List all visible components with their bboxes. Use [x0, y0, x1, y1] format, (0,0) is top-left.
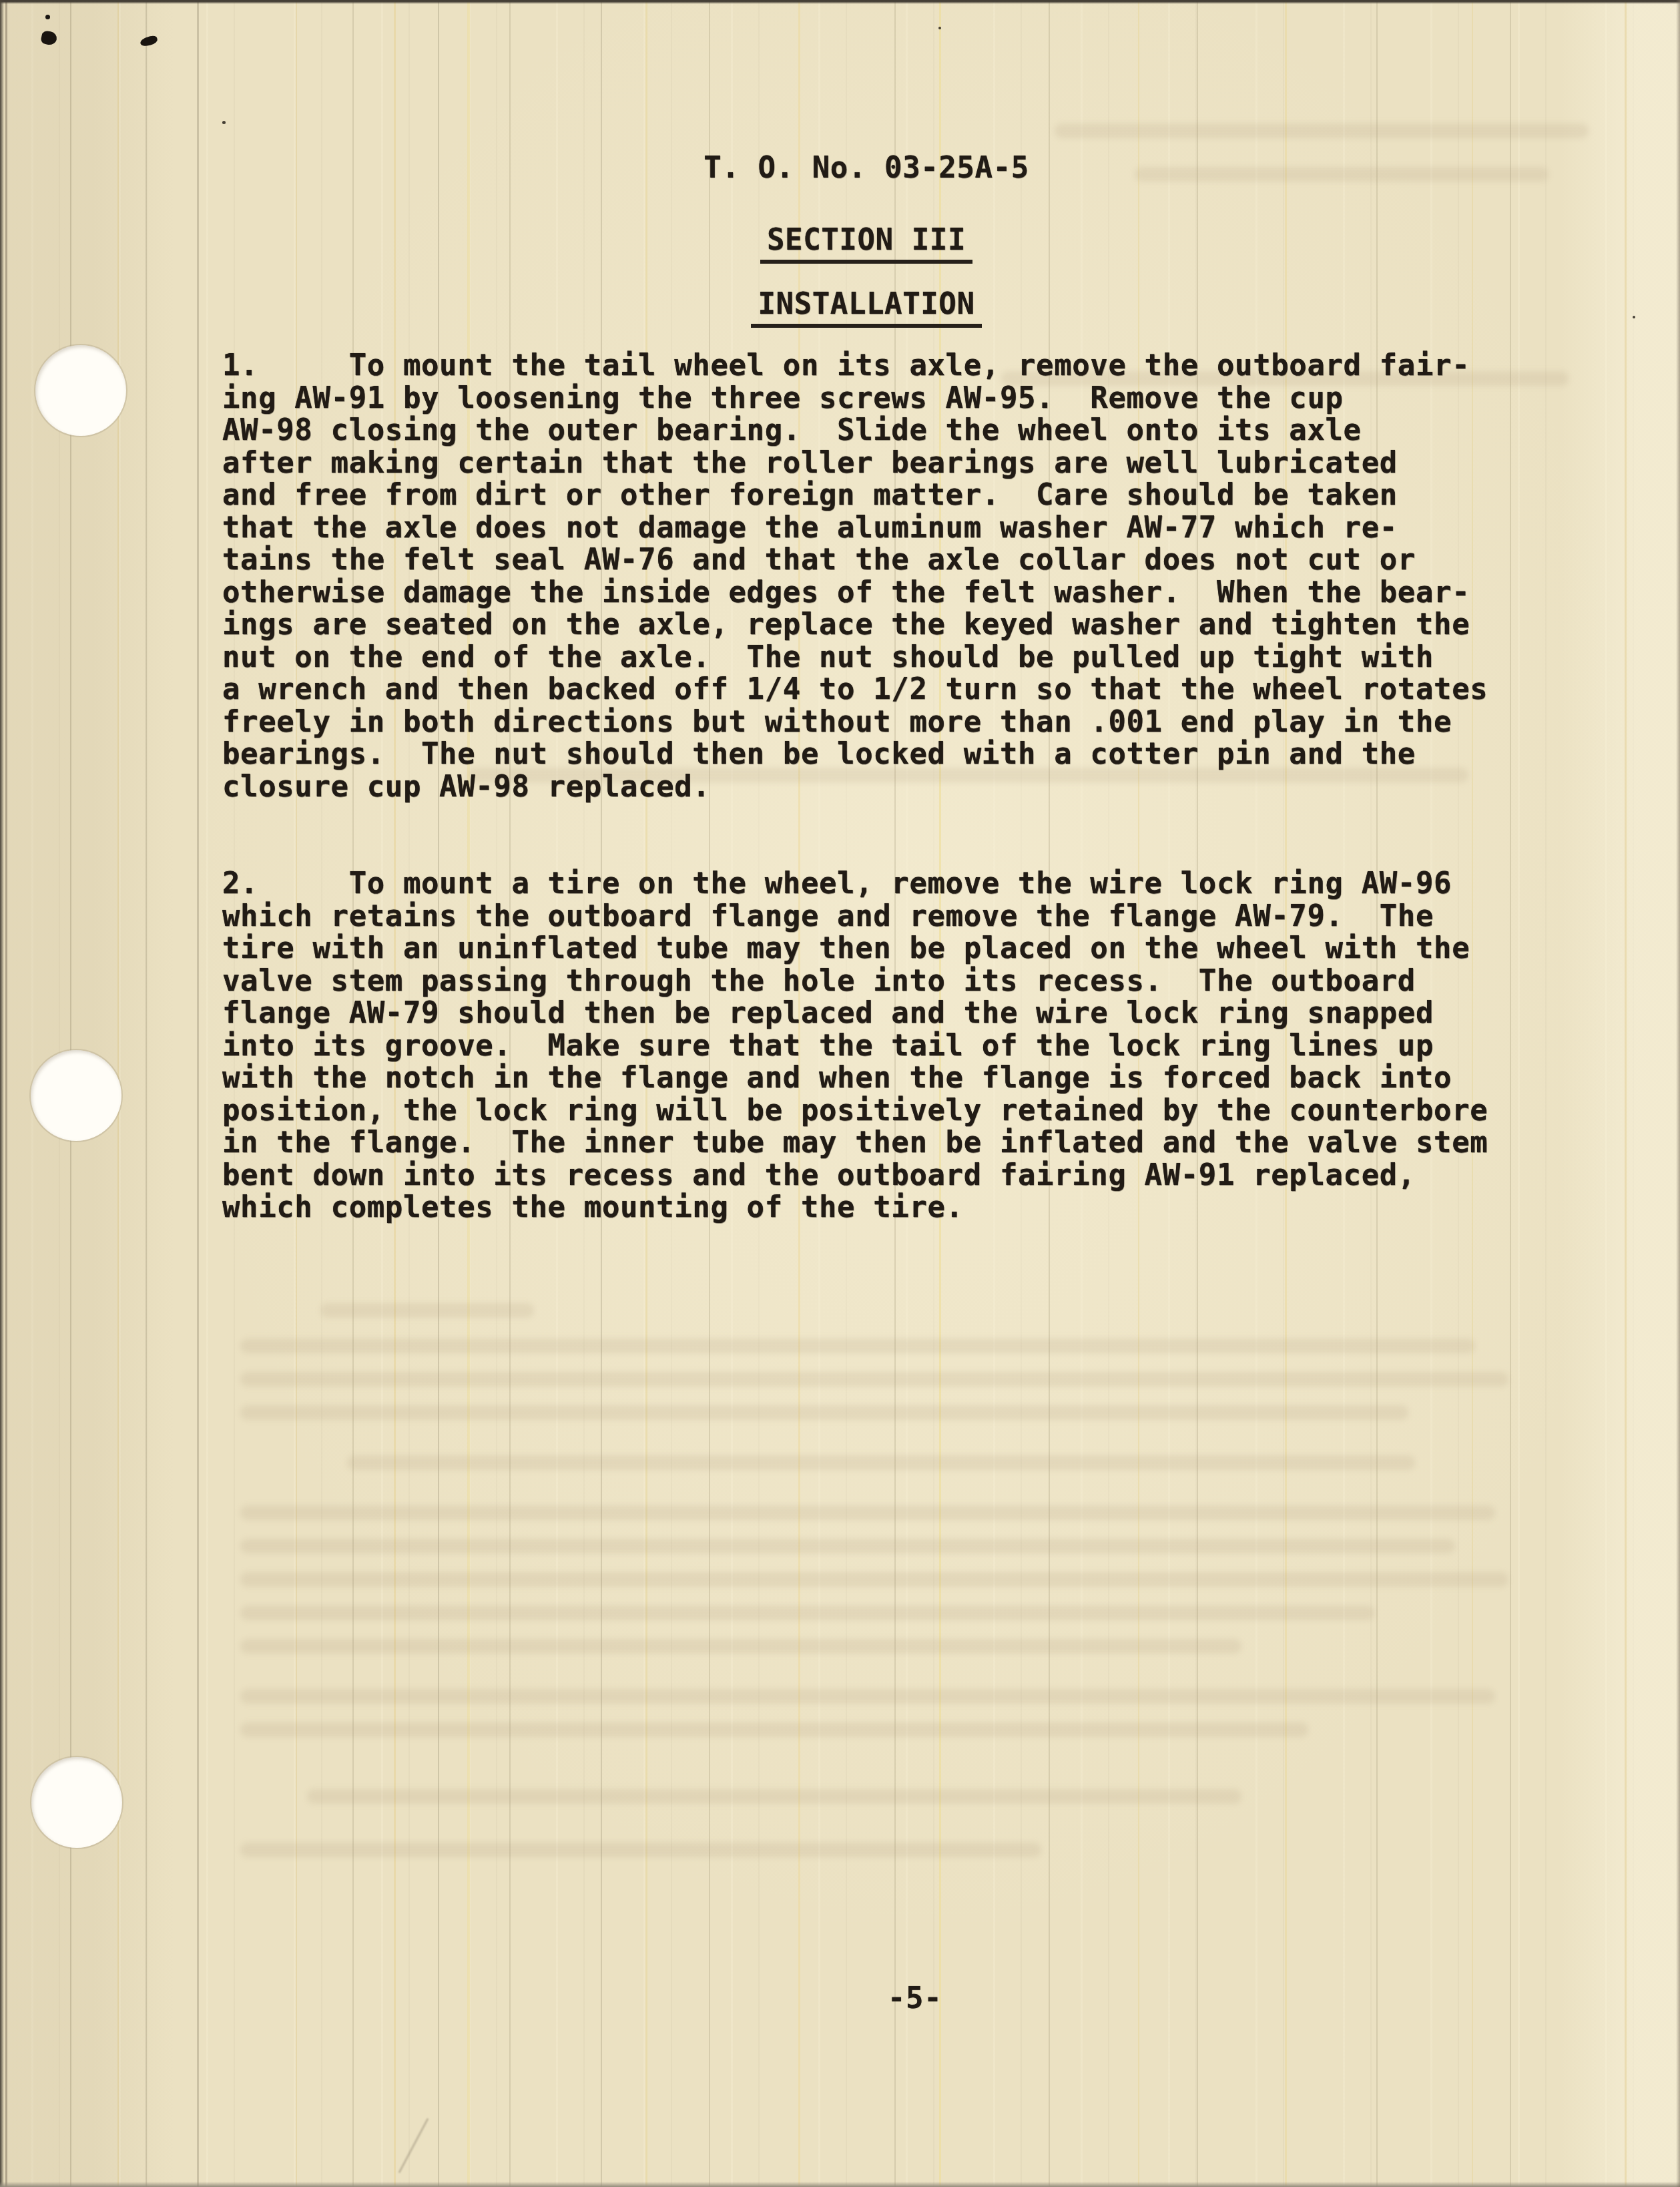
bleed-through-smudge	[240, 1505, 1495, 1520]
text-line: a wrench and then backed off 1/4 to 1/2 …	[222, 674, 1510, 706]
text-line: flange AW-79 should then be replaced and…	[222, 997, 1510, 1030]
text-line: and free from dirt or other foreign matt…	[222, 479, 1510, 512]
punch-hole-top	[35, 345, 126, 436]
bleed-through-smudge	[240, 1639, 1241, 1654]
page-number: -5-	[888, 1981, 1021, 2015]
text-line: ing AW-91 by loosening the three screws …	[222, 383, 1510, 415]
bleed-through-smudge	[347, 1455, 1415, 1470]
bleed-through-smudge	[240, 1372, 1508, 1387]
bleed-through-smudge	[1055, 124, 1589, 138]
text-line: closure cup AW-98 replaced.	[222, 771, 1510, 804]
bleed-through-smudge	[240, 1843, 1041, 1857]
punch-hole-bottom	[31, 1757, 122, 1848]
text-line: 1. To mount the tail wheel on its axle, …	[222, 350, 1510, 383]
text-line: which completes the mounting of the tire…	[222, 1192, 1510, 1224]
section-heading-row: SECTION III	[222, 224, 1510, 264]
ink-speck	[1633, 316, 1635, 318]
text-line: that the axle does not damage the alumin…	[222, 512, 1510, 545]
text-line: after making certain that the roller bea…	[222, 447, 1510, 480]
document-header: T. O. No. 03-25A-5	[222, 152, 1510, 185]
text-line: otherwise damage the inside edges of the…	[222, 577, 1510, 610]
text-line: freely in both directions but without mo…	[222, 706, 1510, 739]
bleed-through-smudge	[240, 1722, 1308, 1737]
paper-crease-line	[197, 0, 199, 2187]
section-heading: SECTION III	[760, 224, 972, 264]
bleed-through-smudge	[240, 1572, 1508, 1587]
text-line: which retains the outboard flange and re…	[222, 901, 1510, 933]
ink-speck	[222, 121, 226, 124]
text-line: tire with an uninflated tube may then be…	[222, 933, 1510, 965]
paragraph-1: 1. To mount the tail wheel on its axle, …	[222, 350, 1510, 803]
paper-crease-line	[5, 0, 7, 2187]
bleed-through-smudge	[307, 1789, 1241, 1804]
text-line: AW-98 closing the outer bearing. Slide t…	[222, 415, 1510, 447]
text-line: ings are seated on the axle, replace the…	[222, 609, 1510, 642]
paragraph-2: 2. To mount a tire on the wheel, remove …	[222, 868, 1510, 1224]
text-line: 2. To mount a tire on the wheel, remove …	[222, 868, 1510, 901]
text-line: position, the lock ring will be positive…	[222, 1095, 1510, 1128]
bleed-through-smudge	[240, 1689, 1495, 1704]
bleed-through-smudge	[320, 1303, 534, 1318]
ink-speck	[45, 15, 50, 19]
bleed-through-smudge	[240, 1539, 1455, 1553]
text-line: with the notch in the flange and when th…	[222, 1062, 1510, 1095]
ink-speck	[938, 27, 941, 29]
text-line: in the flange. The inner tube may then b…	[222, 1127, 1510, 1160]
subsection-heading: INSTALLATION	[751, 288, 981, 328]
bleed-through-smudge	[240, 1339, 1475, 1353]
punch-hole-middle	[31, 1050, 121, 1141]
paper-crease-line	[146, 0, 147, 2187]
scan-edge-bottom	[0, 2182, 1680, 2187]
technical-order-number: T. O. No. 03-25A-5	[222, 152, 1510, 185]
scan-edge-top	[0, 0, 1680, 4]
text-line: into its groove. Make sure that the tail…	[222, 1030, 1510, 1063]
text-line: tains the felt seal AW-76 and that the a…	[222, 544, 1510, 577]
scan-edge-left	[0, 0, 4, 2187]
text-line: nut on the end of the axle. The nut shou…	[222, 642, 1510, 674]
scan-edge-right	[1676, 0, 1680, 2187]
text-line: bent down into its recess and the outboa…	[222, 1160, 1510, 1192]
text-line: bearings. The nut should then be locked …	[222, 738, 1510, 771]
bleed-through-smudge	[240, 1405, 1408, 1420]
paper-crease-line	[1625, 0, 1627, 2187]
subsection-heading-row: INSTALLATION	[222, 288, 1510, 328]
bleed-through-smudge	[240, 1606, 1375, 1620]
text-line: valve stem passing through the hole into…	[222, 965, 1510, 998]
